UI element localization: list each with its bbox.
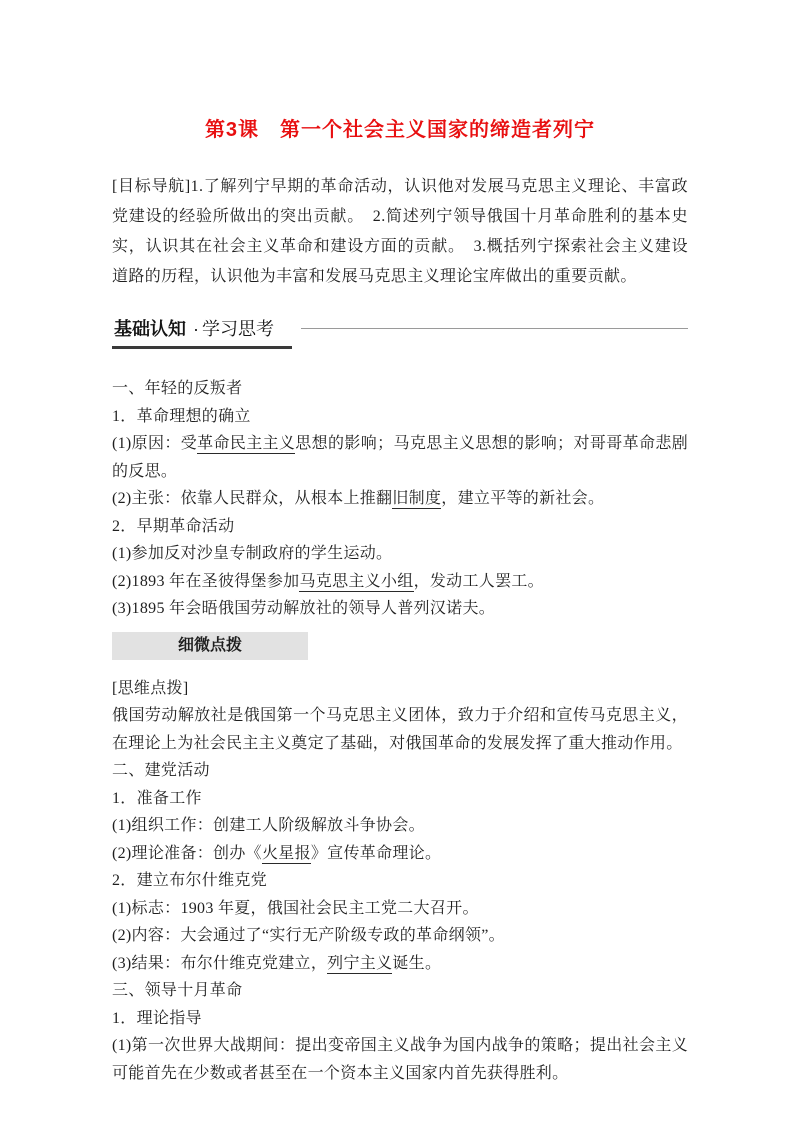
section-header: 基础认知·学习思考: [112, 315, 688, 349]
section-header-separator: ·: [193, 319, 199, 339]
body-line: 1．理论指导: [112, 1005, 688, 1033]
text-segment: ，发动工人罢工。: [414, 573, 544, 590]
underlined-term: 列宁主义: [327, 955, 392, 974]
objectives-paragraph: [目标导航]1.了解列宁早期的革命活动，认识他对发展马克思主义理论、丰富政党建设…: [112, 172, 688, 292]
section-header-secondary: 学习思考: [202, 319, 274, 339]
body-line: 一、年轻的反叛者: [112, 375, 688, 403]
text-segment: (3)1895 年会晤俄国劳动解放社的领导人普列汉诺夫。: [112, 600, 495, 617]
body-line: (1)原因：受革命民主主义思想的影响；马克思主义思想的影响；对哥哥革命悲剧的反思…: [112, 430, 688, 485]
body-line: 三、领导十月革命: [112, 977, 688, 1005]
body-line: (1)组织工作：创建工人阶级解放斗争协会。: [112, 812, 688, 840]
document-page: 第3课 第一个社会主义国家的缔造者列宁 [目标导航]1.了解列宁早期的革命活动，…: [0, 0, 800, 1132]
callout-box: 细微点拨: [112, 632, 308, 660]
text-segment: 》宣传革命理论。: [311, 845, 441, 862]
text-segment: 二、建党活动: [112, 762, 210, 779]
body-line: (2)理论准备：创办《火星报》宣传革命理论。: [112, 840, 688, 868]
text-segment: (3)结果：布尔什维克党建立，: [112, 955, 327, 972]
text-segment: (1)标志：1903 年夏，俄国社会民主工党二大召开。: [112, 900, 479, 917]
text-segment: 一、年轻的反叛者: [112, 380, 242, 397]
body-line: (2)1893 年在圣彼得堡参加马克思主义小组，发动工人罢工。: [112, 568, 688, 596]
body-line: (1)标志：1903 年夏，俄国社会民主工党二大召开。: [112, 895, 688, 923]
text-segment: (2)内容：大会通过了“实行无产阶级专政的革命纲领”。: [112, 927, 505, 944]
text-segment: [思维点拨]: [112, 680, 188, 697]
text-segment: 三、领导十月革命: [112, 982, 242, 999]
underlined-term: 火星报: [262, 845, 311, 864]
body-line: 1．准备工作: [112, 785, 688, 813]
text-segment: (2)主张：依靠人民群众，从根本上推翻: [112, 490, 392, 507]
body-content: 一、年轻的反叛者1．革命理想的确立(1)原因：受革命民主主义思想的影响；马克思主…: [112, 375, 688, 1087]
body-line: (3)结果：布尔什维克党建立，列宁主义诞生。: [112, 950, 688, 978]
underlined-term: 旧制度: [392, 490, 441, 509]
body-line: 俄国劳动解放社是俄国第一个马克思主义团体，致力于介绍和宣传马克思主义，在理论上为…: [112, 702, 688, 757]
section-header-rule-line: [301, 328, 688, 329]
section-header-title: 基础认知·学习思考: [112, 315, 292, 349]
body-line: (1)参加反对沙皇专制政府的学生运动。: [112, 540, 688, 568]
body-line: [思维点拨]: [112, 675, 688, 703]
body-line: 二、建党活动: [112, 757, 688, 785]
text-segment: 2．建立布尔什维克党: [112, 872, 267, 889]
text-segment: (1)原因：受: [112, 435, 197, 452]
body-line: 2．建立布尔什维克党: [112, 867, 688, 895]
text-segment: 1．准备工作: [112, 790, 202, 807]
text-segment: 2．早期革命活动: [112, 518, 234, 535]
underlined-term: 革命民主主义: [197, 435, 295, 454]
text-segment: ，建立平等的新社会。: [441, 490, 604, 507]
text-segment: (1)组织工作：创建工人阶级解放斗争协会。: [112, 817, 425, 834]
objectives-text: 1.了解列宁早期的革命活动，认识他对发展马克思主义理论、丰富政党建设的经验所做出…: [112, 178, 688, 285]
text-segment: (1)第一次世界大战期间：提出变帝国主义战争为国内战争的策略；提出社会主义可能首…: [112, 1037, 688, 1082]
text-segment: (2)理论准备：创办《: [112, 845, 262, 862]
text-segment: (2)1893 年在圣彼得堡参加: [112, 573, 299, 590]
body-line: 1．革命理想的确立: [112, 403, 688, 431]
text-segment: (1)参加反对沙皇专制政府的学生运动。: [112, 545, 392, 562]
body-line: 2．早期革命活动: [112, 513, 688, 541]
underlined-term: 马克思主义小组: [299, 573, 413, 592]
objectives-label: [目标导航]: [112, 178, 191, 195]
section-header-primary: 基础认知: [114, 319, 186, 339]
body-line: (3)1895 年会晤俄国劳动解放社的领导人普列汉诺夫。: [112, 595, 688, 623]
lesson-title: 第3课 第一个社会主义国家的缔造者列宁: [112, 114, 688, 146]
body-line: (2)内容：大会通过了“实行无产阶级专政的革命纲领”。: [112, 922, 688, 950]
text-segment: 诞生。: [392, 955, 441, 972]
body-line: (2)主张：依靠人民群众，从根本上推翻旧制度，建立平等的新社会。: [112, 485, 688, 513]
body-line: (1)第一次世界大战期间：提出变帝国主义战争为国内战争的策略；提出社会主义可能首…: [112, 1032, 688, 1087]
text-segment: 1．革命理想的确立: [112, 408, 251, 425]
text-segment: 1．理论指导: [112, 1010, 202, 1027]
text-segment: 俄国劳动解放社是俄国第一个马克思主义团体，致力于介绍和宣传马克思主义，在理论上为…: [112, 707, 688, 752]
